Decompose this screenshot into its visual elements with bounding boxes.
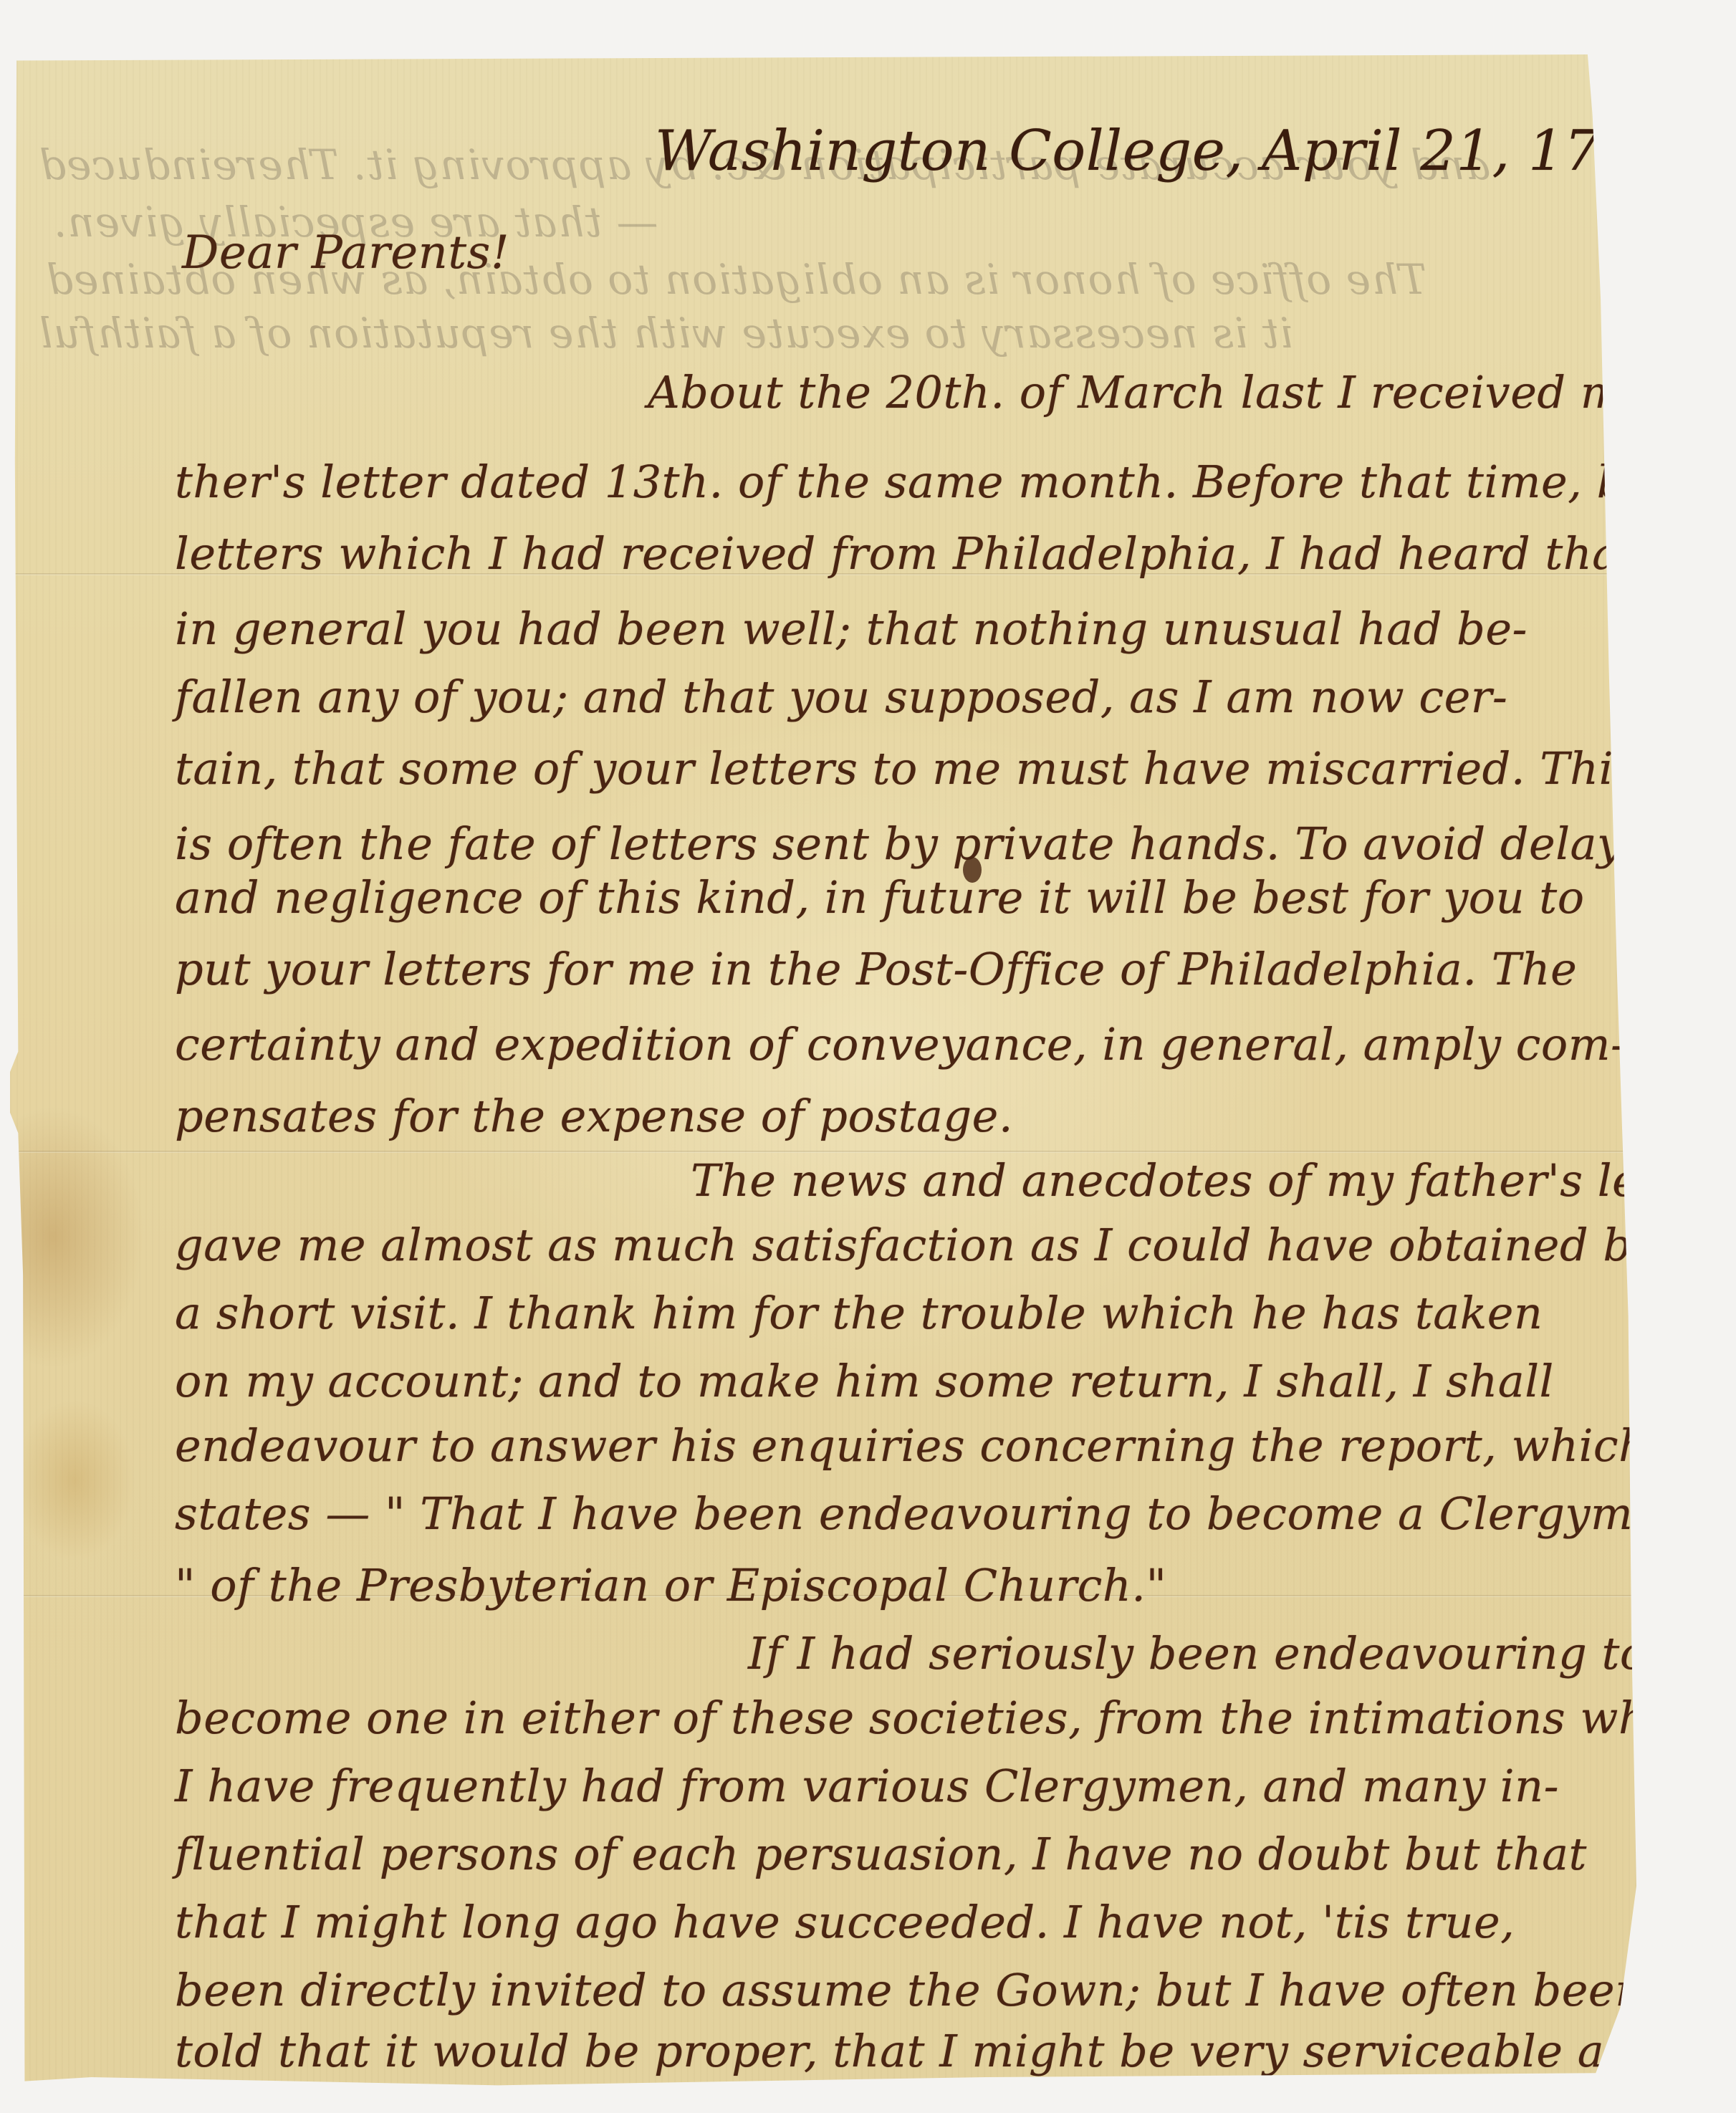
salutation: Dear Parents! [182,226,509,279]
letter-line: gave me almost as much satisfaction as I… [175,1219,1657,1271]
letter-line: been directly invited to assume the Gown… [175,1964,1644,2016]
letter-line: ther's letter dated 13th. of the same mo… [175,456,1651,508]
letter-line: endeavour to answer his enquiries concer… [175,1419,1648,1472]
letter-line: I have frequently had from various Clerg… [175,1760,1559,1812]
bleed-through-text: it is necessary to execute with the repu… [39,309,1293,358]
letter-line: a short visit. I thank him for the troub… [175,1287,1543,1339]
letter-line: fallen any of you; and that you supposed… [175,671,1507,723]
letter-line: put your letters for me in the Post-Offi… [175,943,1577,995]
letter-line: that I might long ago have succeeded. I … [175,1896,1515,1948]
heading-place: Washington College, [655,119,1244,183]
letter-line: on my account; and to make him some retu… [175,1355,1554,1407]
letter-line: certainty and expedition of conveyance, … [175,1018,1626,1070]
letter-page: and your accurate participation &c. by a… [10,54,1636,2089]
letter-heading: Washington College, April 21, 1794. [655,119,1690,183]
letter-line: and negligence of this kind, in future i… [175,871,1585,924]
letter-line: states — " That I have been endeavouring… [175,1487,1689,1540]
ink-blot [963,857,982,883]
heading-date: April 21, 1794. [1262,119,1690,183]
letter-line: tain, that some of your letters to me mu… [175,742,1636,795]
letter-line: The news and anecdotes of my father's le… [691,1154,1733,1207]
letter-line: " of the Presbyterian or Episcopal Churc… [175,1559,1167,1611]
letter-line: letters which I had received from Philad… [175,527,1637,580]
letter-line: If I had seriously been endeavouring to [748,1627,1647,1680]
letter-line: About the 20th. of March last I received… [648,366,1722,418]
letter-line: told that it would be proper, that I mig… [175,2025,1662,2077]
letter-line: in general you had been well; that nothi… [175,603,1528,655]
letter-line: is often the fate of letters sent by pri… [175,818,1646,870]
letter-line: fluential persons of each persuasion, I … [175,1828,1587,1880]
letter-line: pensates for the expense of postage. [175,1090,1013,1142]
paper-fold [10,1151,1636,1153]
letter-line: become one in either of these societies,… [175,1692,1716,1744]
